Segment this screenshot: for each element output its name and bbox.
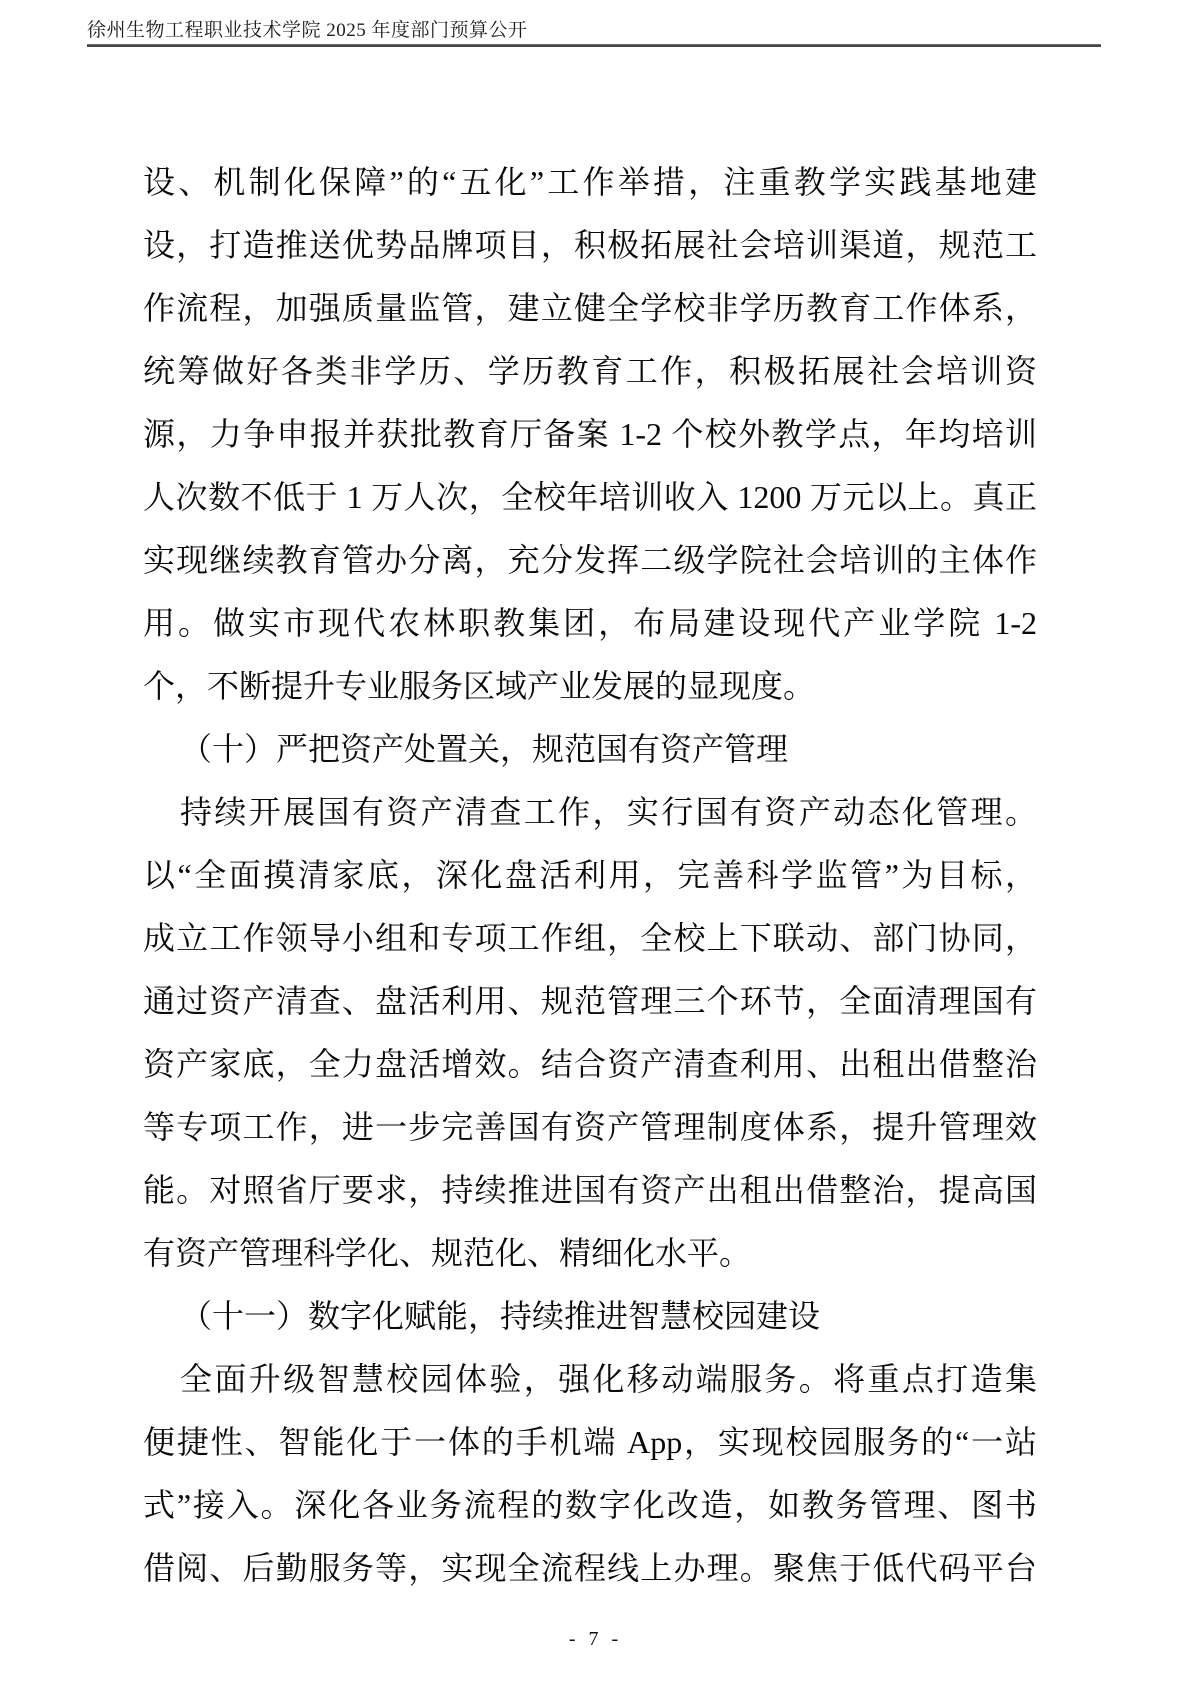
text-line: 能。对照省厅要求，持续推进国有资产出租出借整治，提高国 [143,1159,1037,1222]
document-page: 徐州生物工程职业技术学院 2025 年度部门预算公开 设、机制化保障”的“五化”… [0,0,1191,1684]
text-line: 实现继续教育管办分离，充分发挥二级学院社会培训的主体作 [143,529,1037,592]
text-line: 持续开展国有资产清查工作，实行国有资产动态化管理。 [143,781,1037,844]
text-line: 设，打造推送优势品牌项目，积极拓展社会培训渠道，规范工 [143,214,1037,277]
text-line: 设、机制化保障”的“五化”工作举措，注重教学实践基地建 [143,151,1037,214]
text-line: 成立工作领导小组和专项工作组，全校上下联动、部门协同， [143,907,1037,970]
text-line: 源，力争申报并获批教育厅备案 1-2 个校外教学点，年均培训 [143,403,1037,466]
text-line: 有资产管理科学化、规范化、精细化水平。 [143,1222,1037,1285]
text-line: 用。做实市现代农林职教集团，布局建设现代产业学院 1-2 [143,592,1037,655]
text-line: 等专项工作，进一步完善国有资产管理制度体系，提升管理效 [143,1096,1037,1159]
text-line: 便捷性、智能化于一体的手机端 App，实现校园服务的“一站 [143,1411,1037,1474]
text-line: 借阅、后勤服务等，实现全流程线上办理。聚焦于低代码平台 [143,1537,1037,1600]
text-line: 通过资产清查、盘活利用、规范管理三个环节，全面清理国有 [143,970,1037,1033]
header-title: 徐州生物工程职业技术学院 2025 年度部门预算公开 [87,20,1101,42]
section-heading-line: （十一）数字化赋能，持续推进智慧校园建设 [143,1285,1037,1348]
text-line: 以“全面摸清家底，深化盘活利用，完善科学监管”为目标， [143,844,1037,907]
page-number: - 7 - [569,1628,622,1650]
text-line: 人次数不低于 1 万人次，全校年培训收入 1200 万元以上。真正 [143,466,1037,529]
document-body: 设、机制化保障”的“五化”工作举措，注重教学实践基地建设，打造推送优势品牌项目，… [143,151,1037,1600]
page-header: 徐州生物工程职业技术学院 2025 年度部门预算公开 [87,20,1101,47]
text-line: 式”接入。深化各业务流程的数字化改造，如教务管理、图书 [143,1474,1037,1537]
text-line: 统筹做好各类非学历、学历教育工作，积极拓展社会培训资 [143,340,1037,403]
page-footer: - 7 - [0,1628,1191,1651]
text-line: 资产家底，全力盘活增效。结合资产清查利用、出租出借整治 [143,1033,1037,1096]
section-heading-line: （十）严把资产处置关，规范国有资产管理 [143,718,1037,781]
text-line: 个，不断提升专业服务区域产业发展的显现度。 [143,655,1037,718]
text-line: 全面升级智慧校园体验，强化移动端服务。将重点打造集 [143,1348,1037,1411]
text-line: 作流程，加强质量监管，建立健全学校非学历教育工作体系， [143,277,1037,340]
header-rule [87,44,1101,47]
